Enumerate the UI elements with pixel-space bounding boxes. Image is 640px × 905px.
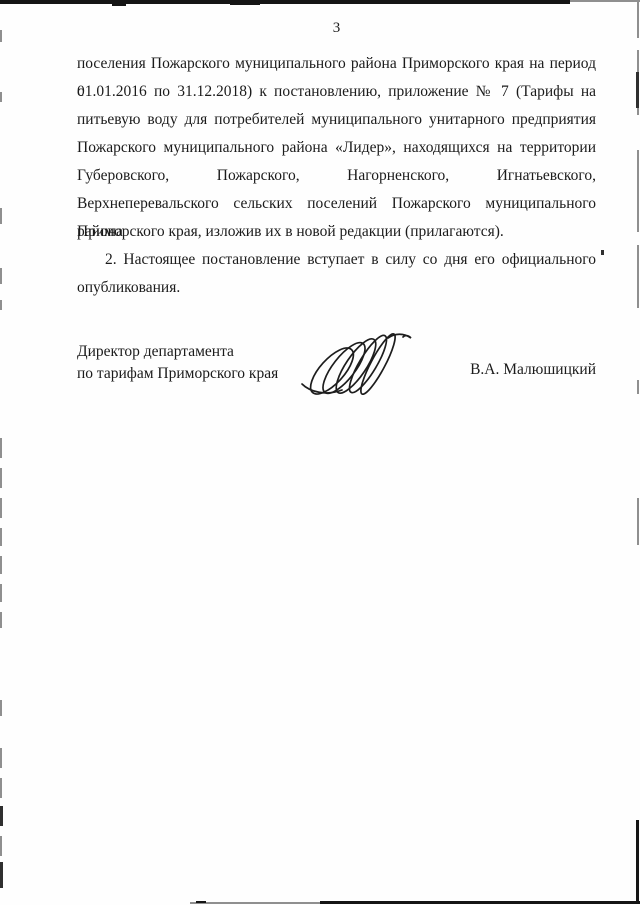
body-text: поселения Пожарского муниципального райо… bbox=[77, 50, 596, 302]
scan-artifact bbox=[0, 268, 2, 284]
paragraph1-line-7: Приморского края, изложив их в новой ред… bbox=[77, 218, 596, 246]
signatory-name: В.А. Малюшицкий bbox=[470, 360, 596, 380]
scan-artifact-top-bar bbox=[0, 0, 570, 4]
paragraph1-line-5: Губеровского, Пожарского, Нагорненского,… bbox=[77, 162, 596, 190]
scan-artifact bbox=[0, 528, 2, 546]
scan-artifact bbox=[0, 92, 2, 102]
scan-artifact bbox=[637, 0, 639, 38]
page-number: 3 bbox=[77, 20, 596, 37]
paragraph2-line-2: опубликования. bbox=[77, 274, 596, 302]
paragraph1-line-6: Верхнеперевальского сельских поселений П… bbox=[77, 190, 596, 218]
scan-artifact bbox=[196, 901, 206, 903]
scan-artifact bbox=[0, 498, 2, 518]
paragraph1-line-1: поселения Пожарского муниципального райо… bbox=[77, 50, 596, 78]
scan-artifact bbox=[0, 862, 3, 888]
scan-artifact bbox=[0, 468, 2, 488]
scan-artifact bbox=[0, 748, 2, 768]
scan-artifact bbox=[0, 612, 2, 628]
scan-artifact bbox=[0, 778, 2, 798]
scan-artifact bbox=[0, 438, 2, 458]
scan-artifact bbox=[0, 806, 3, 826]
scan-artifact bbox=[637, 245, 639, 308]
signatory-title-line-2: по тарифам Приморского края bbox=[77, 363, 278, 385]
scan-artifact bbox=[0, 208, 2, 224]
scan-artifact bbox=[0, 300, 2, 310]
paragraph1-line-3: питьевую воду для потребителей муниципал… bbox=[77, 106, 596, 134]
scan-artifact bbox=[0, 30, 2, 42]
scan-artifact bbox=[0, 556, 2, 574]
scan-artifact bbox=[230, 0, 260, 5]
scan-artifact bbox=[0, 700, 2, 716]
handwritten-signature-icon bbox=[292, 324, 422, 409]
scan-artifact bbox=[570, 0, 640, 2]
signatory-title-line-1: Директор департамента bbox=[77, 341, 278, 363]
scan-artifact bbox=[0, 836, 2, 856]
scan-artifact bbox=[636, 820, 639, 903]
scan-artifact bbox=[601, 250, 604, 255]
scan-artifact bbox=[112, 0, 126, 6]
document-page: 3 поселения Пожарского муниципального ра… bbox=[0, 0, 640, 905]
scan-artifact bbox=[0, 584, 2, 602]
scan-artifact bbox=[637, 380, 639, 394]
scan-artifact bbox=[637, 150, 639, 232]
scan-artifact bbox=[190, 902, 325, 904]
scan-artifact bbox=[637, 498, 639, 545]
scan-artifact bbox=[636, 72, 639, 108]
scan-artifact-bottom-bar bbox=[320, 901, 640, 904]
paragraph1-line-2: 01.01.2016 по 31.12.2018) к постановлени… bbox=[77, 78, 596, 106]
signatory-title: Директор департамента по тарифам Приморс… bbox=[77, 341, 278, 384]
paragraph2-line-1: 2. Настоящее постановление вступает в си… bbox=[77, 246, 596, 274]
paragraph1-line-4: Пожарского муниципального района «Лидер»… bbox=[77, 134, 596, 162]
